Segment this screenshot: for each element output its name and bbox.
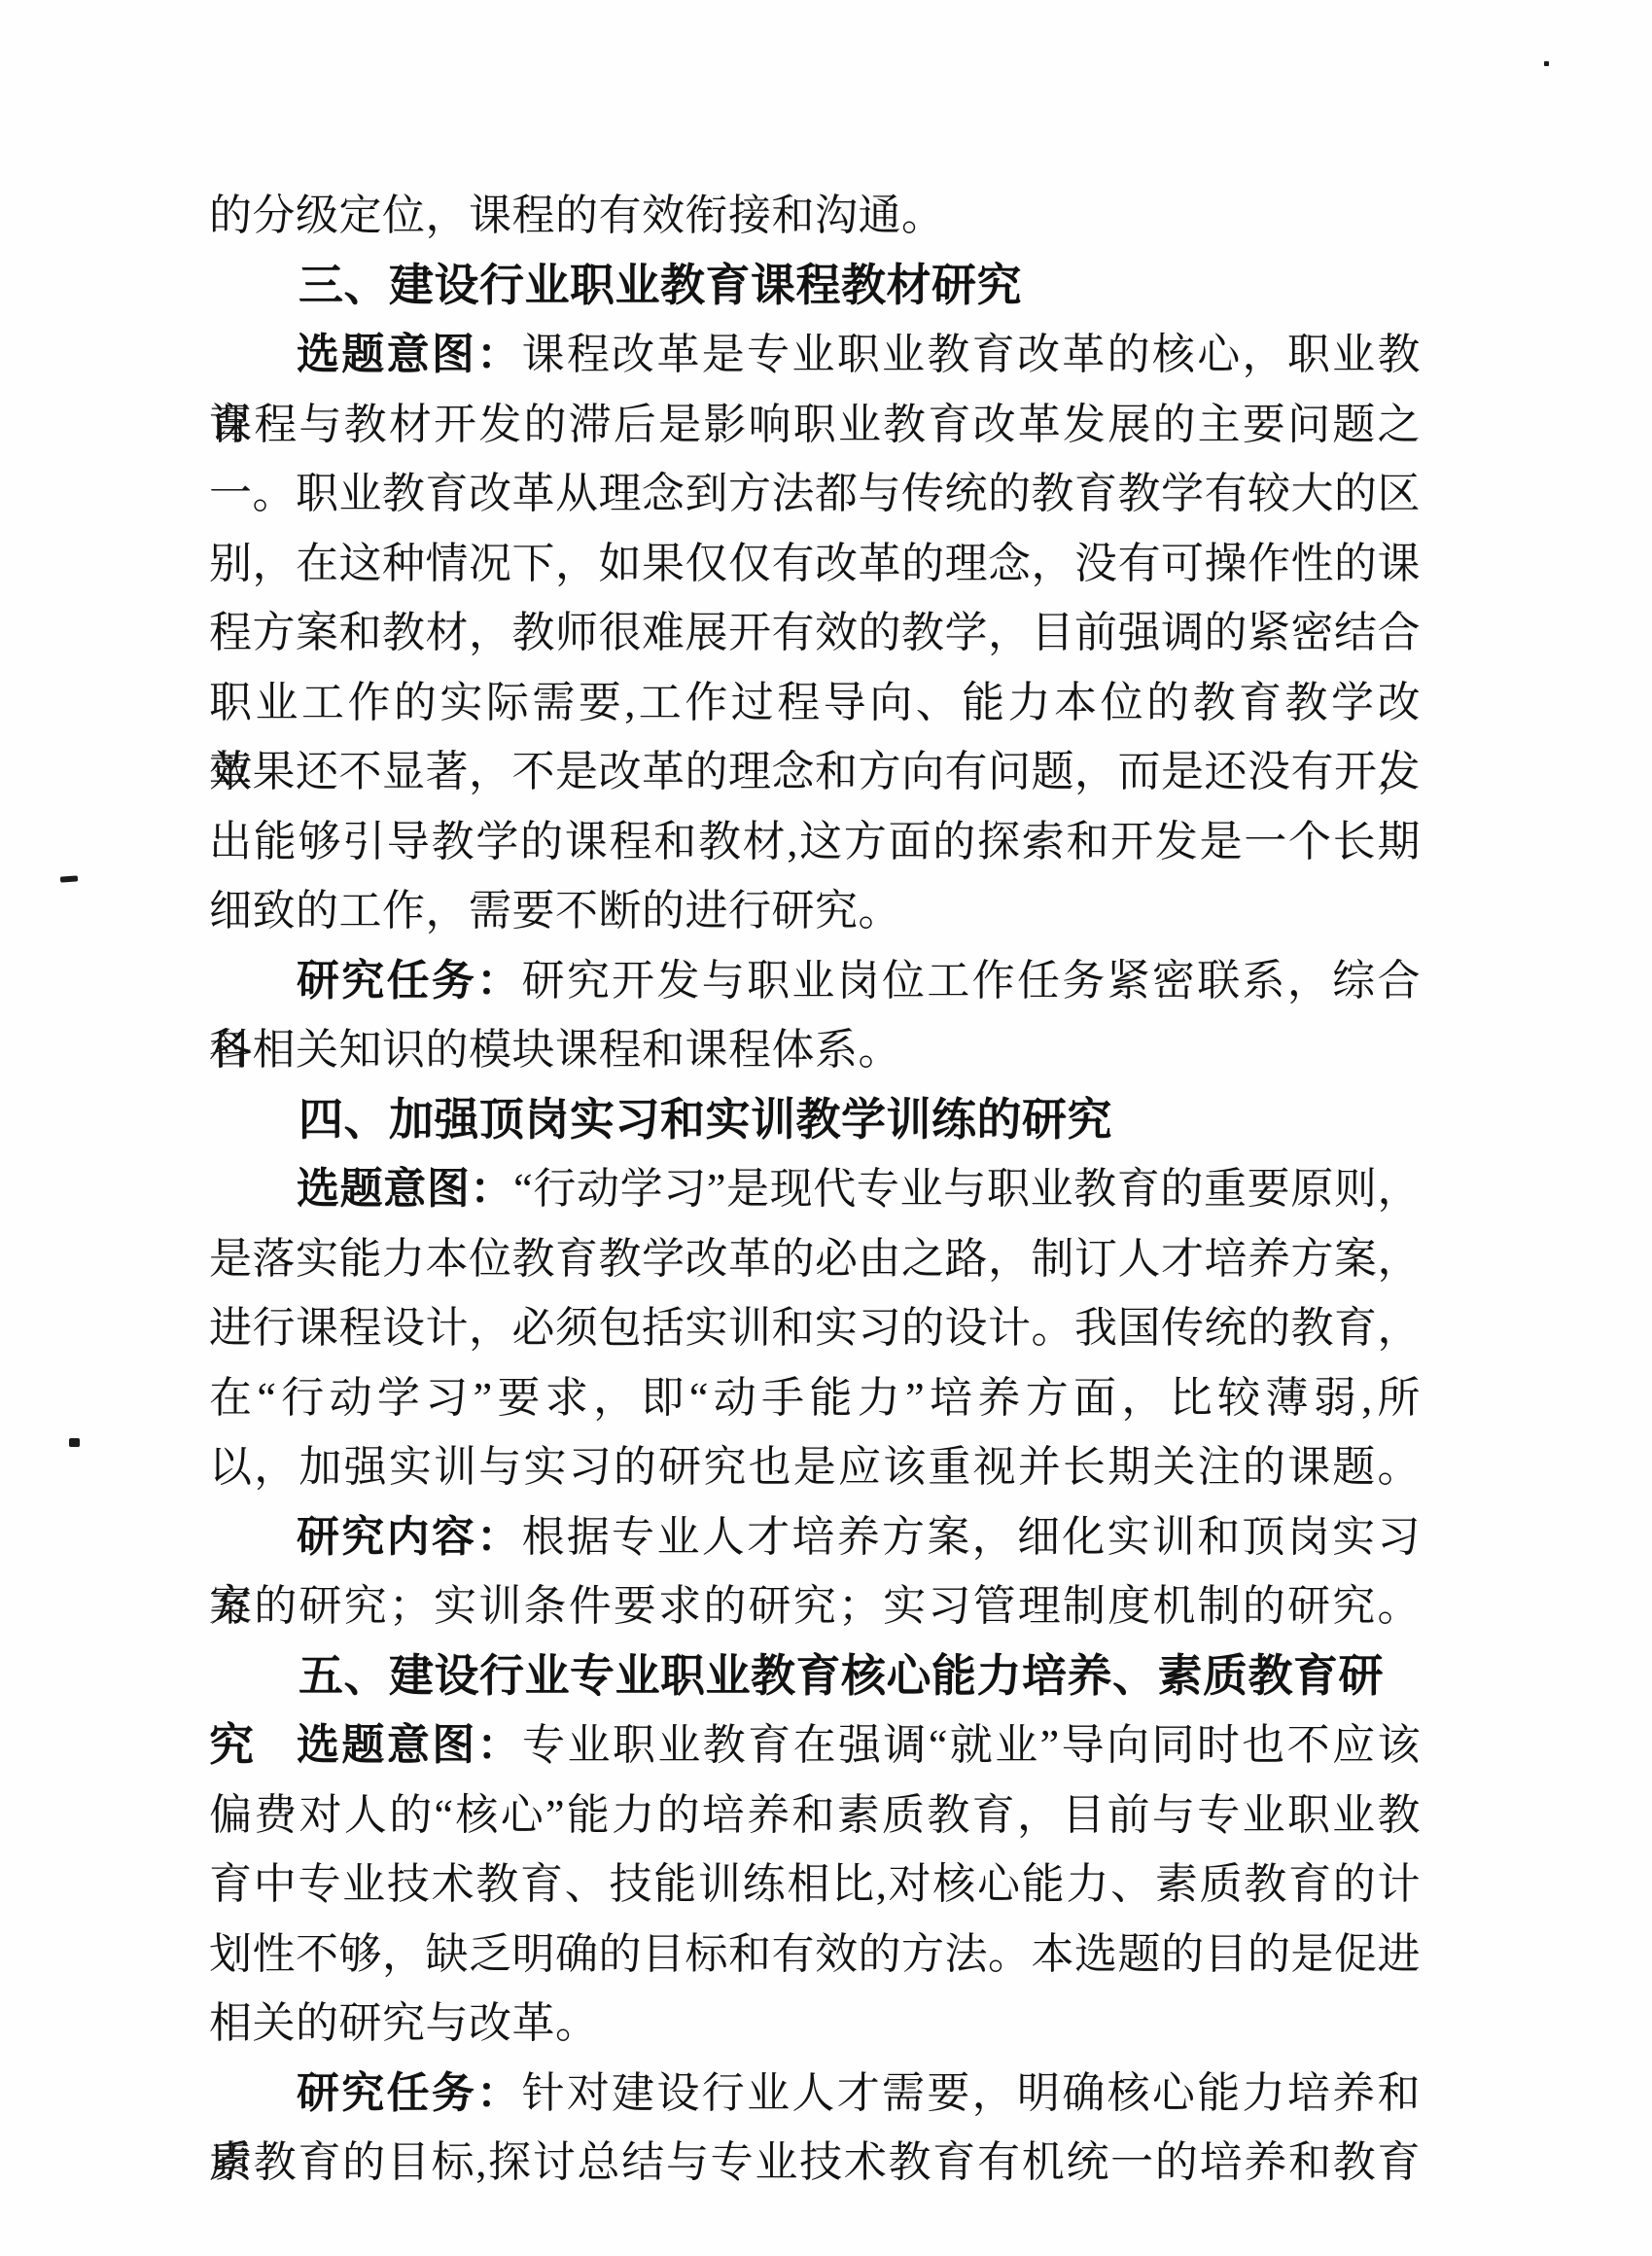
- text-line: 相关的研究与改革。: [209, 1989, 1421, 2059]
- line-text: 以，加强实训与实习的研究也是应该重视并长期关注的课题。: [209, 1443, 1421, 1491]
- line-text: 出能够引导教学的课程和教材,这方面的探索和开发是一个长期: [209, 818, 1421, 865]
- bold-label: 研究内容：: [297, 1513, 522, 1561]
- text-line: 别，在这种情况下，如果仅仅有改革的理念，没有可操作性的课: [209, 529, 1421, 599]
- line-text: 科相关知识的模块课程和课程体系。: [209, 1026, 901, 1074]
- text-block: 的分级定位，课程的有效衔接和沟通。三、建设行业职业教育课程教材研究选题意图：课程…: [209, 181, 1421, 2198]
- line-text: 案的研究；实训条件要求的研究；实习管理制度机制的研究。: [209, 1582, 1421, 1630]
- line-text: 是落实能力本位教育教学改革的必由之路，制订人才培养方案，: [209, 1235, 1421, 1283]
- text-line: 的分级定位，课程的有效衔接和沟通。: [209, 181, 1421, 251]
- bold-label: 选题意图：: [297, 331, 522, 378]
- line-text: 进行课程设计，必须包括实训和实习的设计。我国传统的教育，: [209, 1304, 1421, 1352]
- line-text: 四、加强顶岗实习和实训教学训练的研究: [299, 1095, 1112, 1145]
- text-line: 划性不够，缺乏明确的目标和有效的方法。本选题的目的是促进: [209, 1920, 1421, 1990]
- scan-speck: [69, 1438, 80, 1447]
- line-text: 别，在这种情况下，如果仅仅有改革的理念，没有可操作性的课: [209, 540, 1421, 587]
- scan-speck: [1544, 61, 1549, 66]
- text-line: 育中专业技术教育、技能训练相比,对核心能力、素质教育的计: [209, 1850, 1421, 1920]
- line-text: 的分级定位，课程的有效衔接和沟通。: [209, 192, 945, 239]
- text-line: 程方案和教材，教师很难展开有效的教学，目前强调的紧密结合: [209, 598, 1421, 668]
- line-text: 育中专业技术教育、技能训练相比,对核心能力、素质教育的计: [209, 1860, 1421, 1908]
- text-line: 职业工作的实际需要,工作过程导向、能力本位的教育教学改革，: [209, 668, 1421, 738]
- text-line: 选题意图：专业职业教育在强调“就业”导向同时也不应该: [209, 1710, 1421, 1780]
- line-text: 三、建设行业职业教育课程教材研究: [299, 261, 1022, 310]
- text-line: 课程与教材开发的滞后是影响职业教育改革发展的主要问题之: [209, 390, 1421, 460]
- line-text: 效果还不显著，不是改革的理念和方向有问题，而是还没有开发: [209, 748, 1421, 795]
- text-line: 出能够引导教学的课程和教材,这方面的探索和开发是一个长期: [209, 807, 1421, 877]
- line-text: 在“行动学习”要求，即“动手能力”培养方面，比较薄弱,所: [209, 1374, 1421, 1422]
- heading-line: 五、建设行业专业职业教育核心能力培养、素质教育研究: [209, 1641, 1421, 1711]
- line-text: 程方案和教材，教师很难展开有效的教学，目前强调的紧密结合: [209, 609, 1421, 656]
- line-text: 相关的研究与改革。: [209, 1999, 599, 2047]
- bold-label: 研究任务：: [297, 957, 522, 1005]
- text-line: 科相关知识的模块课程和课程体系。: [209, 1015, 1421, 1085]
- text-line: 细致的工作，需要不断的进行研究。: [209, 876, 1421, 946]
- text-line: 案的研究；实训条件要求的研究；实习管理制度机制的研究。: [209, 1571, 1421, 1641]
- text-line: 研究内容：根据专业人才培养方案，细化实训和顶岗实习方: [209, 1502, 1421, 1572]
- line-text: 划性不够，缺乏明确的目标和有效的方法。本选题的目的是促进: [209, 1930, 1421, 1978]
- text-line: 效果还不显著，不是改革的理念和方向有问题，而是还没有开发: [209, 737, 1421, 807]
- text-line: 质教育的目标,探讨总结与专业技术教育有机统一的培养和教育: [209, 2128, 1421, 2198]
- line-text: 一。职业教育改革从理念到方法都与传统的教育教学有较大的区: [209, 470, 1421, 517]
- heading-line: 三、建设行业职业教育课程教材研究: [209, 251, 1421, 321]
- text-line: 偏费对人的“核心”能力的培养和素质教育，目前与专业职业教: [209, 1780, 1421, 1851]
- text-line: 在“行动学习”要求，即“动手能力”培养方面，比较薄弱,所: [209, 1363, 1421, 1433]
- scan-speck: [60, 875, 78, 882]
- text-line: 选题意图：“行动学习”是现代专业与职业教育的重要原则，: [209, 1154, 1421, 1224]
- bold-label: 研究任务：: [297, 2069, 522, 2117]
- heading-line: 四、加强顶岗实习和实训教学训练的研究: [209, 1085, 1421, 1155]
- line-text: 专业职业教育在强调“就业”导向同时也不应该: [522, 1721, 1421, 1769]
- scanned-document-page: 的分级定位，课程的有效衔接和沟通。三、建设行业职业教育课程教材研究选题意图：课程…: [0, 0, 1652, 2256]
- text-line: 一。职业教育改革从理念到方法都与传统的教育教学有较大的区: [209, 459, 1421, 529]
- text-line: 研究任务：研究开发与职业岗位工作任务紧密联系，综合各: [209, 946, 1421, 1016]
- line-text: 课程与教材开发的滞后是影响职业教育改革发展的主要问题之: [209, 401, 1421, 448]
- text-line: 进行课程设计，必须包括实训和实习的设计。我国传统的教育，: [209, 1293, 1421, 1363]
- text-line: 选题意图：课程改革是专业职业教育改革的核心，职业教育: [209, 320, 1421, 390]
- line-text: 细致的工作，需要不断的进行研究。: [209, 887, 901, 934]
- text-line: 以，加强实训与实习的研究也是应该重视并长期关注的课题。: [209, 1432, 1421, 1502]
- bold-label: 选题意图：: [297, 1721, 522, 1769]
- line-text: 质教育的目标,探讨总结与专业技术教育有机统一的培养和教育: [209, 2138, 1421, 2186]
- text-line: 研究任务：针对建设行业人才需要，明确核心能力培养和素: [209, 2059, 1421, 2129]
- text-line: 是落实能力本位教育教学改革的必由之路，制订人才培养方案，: [209, 1224, 1421, 1294]
- bold-label: 选题意图：: [297, 1165, 513, 1213]
- line-text: “行动学习”是现代专业与职业教育的重要原则，: [513, 1165, 1421, 1213]
- line-text: 偏费对人的“核心”能力的培养和素质教育，目前与专业职业教: [209, 1791, 1421, 1839]
